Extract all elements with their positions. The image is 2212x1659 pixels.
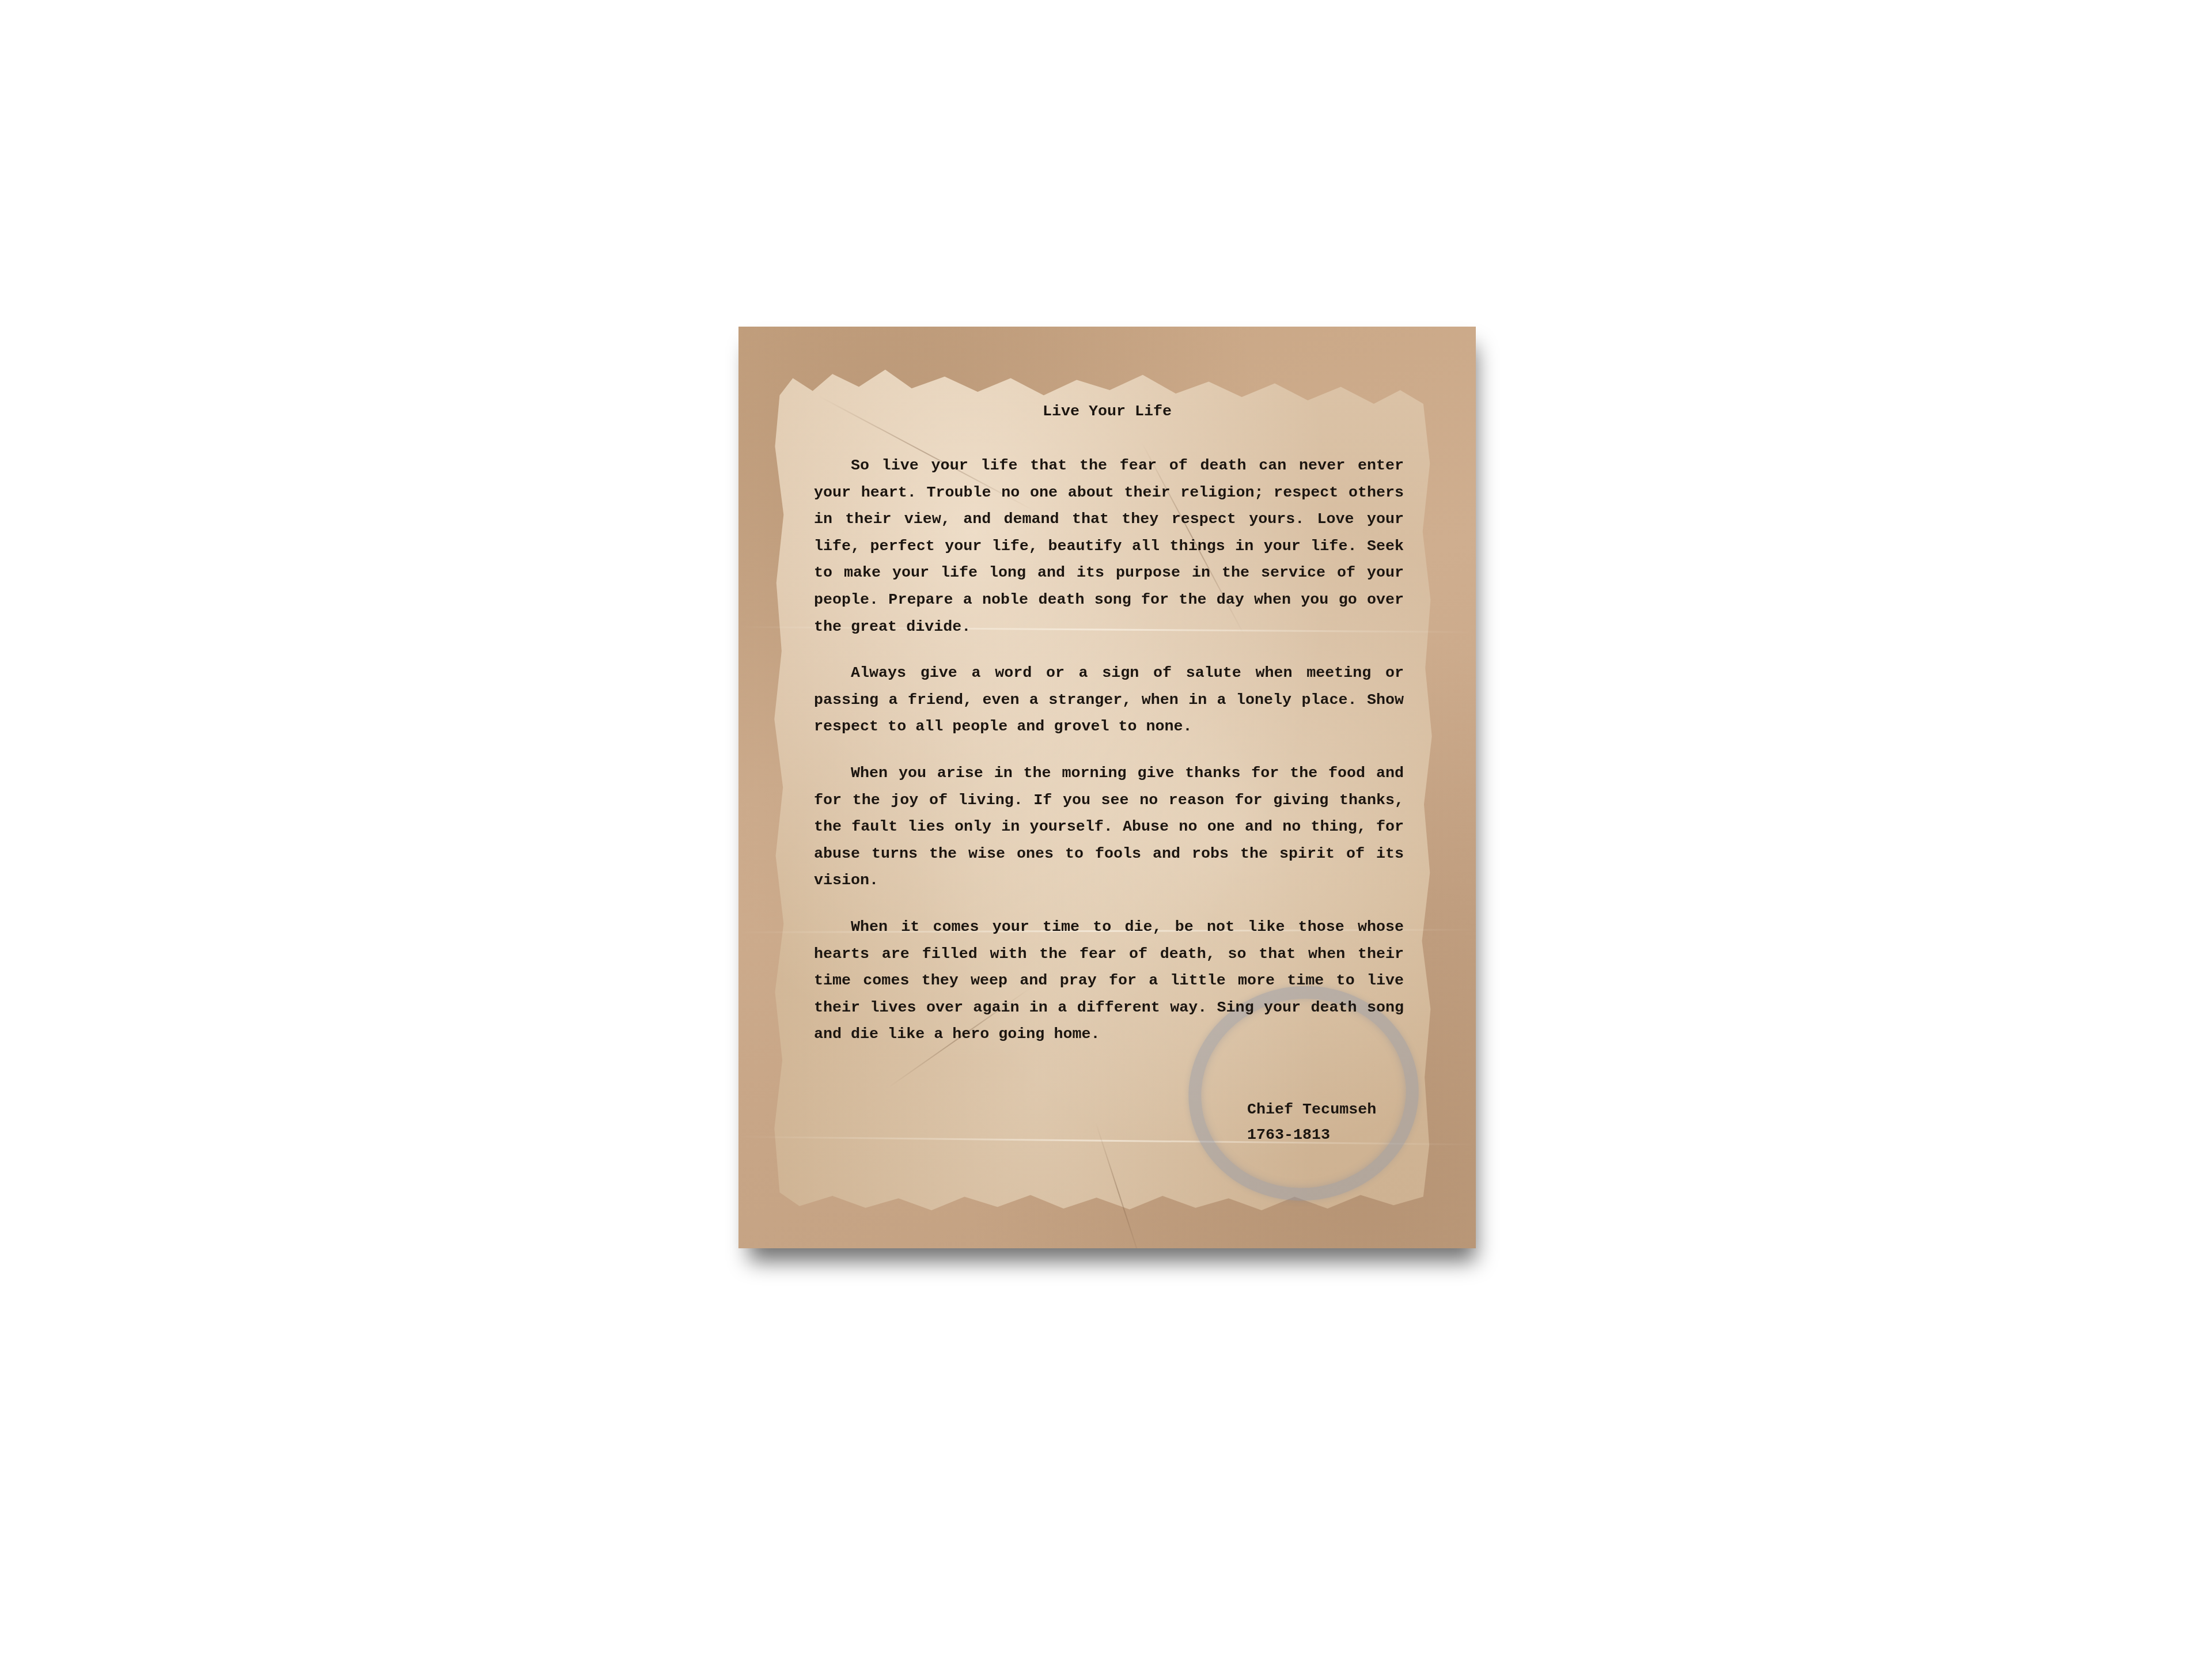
paragraph-3: When you arise in the morning give thank… — [814, 760, 1404, 895]
signature-block: Chief Tecumseh 1763-1813 — [1247, 1097, 1376, 1148]
paragraph-2: Always give a word or a sign of salute w… — [814, 660, 1404, 741]
document-body: So live your life that the fear of death… — [814, 453, 1404, 1068]
paragraph-4: When it comes your time to die, be not l… — [814, 914, 1404, 1048]
paragraph-1: So live your life that the fear of death… — [814, 453, 1404, 641]
document-title: Live Your Life — [738, 402, 1476, 422]
signature-name: Chief Tecumseh — [1247, 1097, 1376, 1123]
signature-dates: 1763-1813 — [1247, 1123, 1376, 1148]
